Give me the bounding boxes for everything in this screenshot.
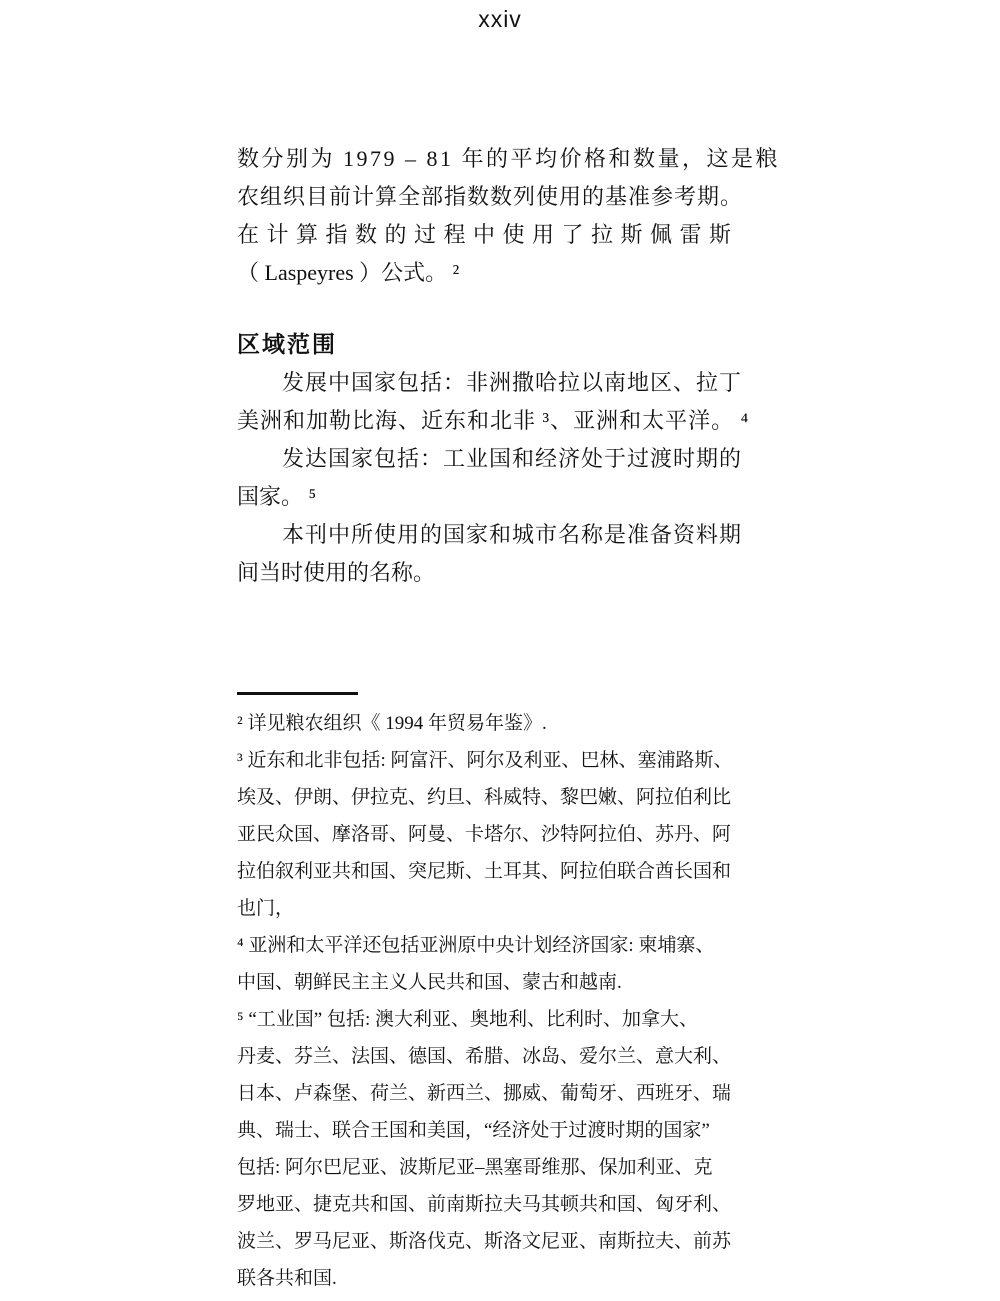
page-content: 数分别为 1979 – 81 年的平均价格和数量，这是粮 农组织目前计算全部指数… (237, 140, 733, 1297)
footnote-line: 拉伯叙利亚共和国、突尼斯、土耳其、阿拉伯联合酋长国和 (237, 853, 733, 890)
intro-line-3: 在计算指数的过程中使用了拉斯佩雷斯 (237, 216, 733, 254)
intro-paragraph: 数分别为 1979 – 81 年的平均价格和数量，这是粮 农组织目前计算全部指数… (237, 140, 733, 292)
footnote-line: ³ 近东和北非包括: 阿富汗、阿尔及利亚、巴林、塞浦路斯、 (237, 742, 733, 779)
footnote-line: 中国、朝鲜民主主义人民共和国、蒙古和越南. (237, 964, 733, 1001)
footnote-line: 埃及、伊朗、伊拉克、约旦、科威特、黎巴嫩、阿拉伯利比 (237, 779, 733, 816)
intro-line-2: 农组织目前计算全部指数数列使用的基准参考期。 (237, 178, 733, 216)
paragraph-line: 国家。 ⁵ (237, 478, 733, 516)
footnote-line: 典、瑞士、联合王国和美国，“经济处于过渡时期的国家” (237, 1112, 733, 1149)
footnote-4: ⁴ 亚洲和太平洋还包括亚洲原中央计划经济国家: 柬埔寨、 中国、朝鲜民主主义人民… (237, 927, 733, 1001)
page-number: xxiv (0, 6, 1000, 33)
section-heading-regional-coverage: 区域范围 (237, 326, 733, 364)
footnote-line: ⁵ “工业国” 包括: 澳大利亚、奥地利、比利时、加拿大、 (237, 1001, 733, 1038)
footnote-3: ³ 近东和北非包括: 阿富汗、阿尔及利亚、巴林、塞浦路斯、 埃及、伊朗、伊拉克、… (237, 742, 733, 927)
paragraph-line: 间当时使用的名称。 (237, 554, 733, 592)
footnote-line: 丹麦、芬兰、法国、德国、希腊、冰岛、爱尔兰、意大利、 (237, 1038, 733, 1075)
intro-line-4: （ Laspeyres ）公式。 ² (237, 254, 733, 292)
paragraph-country-names: 本刊中所使用的国家和城市名称是准备资料期 间当时使用的名称。 (237, 516, 733, 592)
paragraph-developing-countries: 发展中国家包括：非洲撒哈拉以南地区、拉丁 美洲和加勒比海、近东和北非 ³、亚洲和… (237, 364, 733, 440)
footnote-line: 罗地亚、捷克共和国、前南斯拉夫马其顿共和国、匈牙利、 (237, 1186, 733, 1223)
footnote-line: 包括: 阿尔巴尼亚、波斯尼亚–黑塞哥维那、保加利亚、克 (237, 1149, 733, 1186)
paragraph-line: 发达国家包括：工业国和经济处于过渡时期的 (237, 440, 733, 478)
paragraph-developed-countries: 发达国家包括：工业国和经济处于过渡时期的 国家。 ⁵ (237, 440, 733, 516)
paragraph-line: 本刊中所使用的国家和城市名称是准备资料期 (237, 516, 733, 554)
paragraph-line: 美洲和加勒比海、近东和北非 ³、亚洲和太平洋。 ⁴ (237, 402, 733, 440)
footnote-line: 日本、卢森堡、荷兰、新西兰、挪威、葡萄牙、西班牙、瑞 (237, 1075, 733, 1112)
footnote-line: 联各共和国. (237, 1260, 733, 1297)
footnote-line: 亚民众国、摩洛哥、阿曼、卡塔尔、沙特阿拉伯、苏丹、阿 (237, 816, 733, 853)
footnote-line: ⁴ 亚洲和太平洋还包括亚洲原中央计划经济国家: 柬埔寨、 (237, 927, 733, 964)
footnote-line: 也门， (237, 890, 733, 927)
document-page: xxiv 数分别为 1979 – 81 年的平均价格和数量，这是粮 农组织目前计… (0, 0, 1000, 1301)
footnotes-block: ² 详见粮农组织《 1994 年贸易年鉴》. ³ 近东和北非包括: 阿富汗、阿尔… (237, 695, 733, 1297)
intro-line-1: 数分别为 1979 – 81 年的平均价格和数量，这是粮 (237, 140, 733, 178)
footnote-2: ² 详见粮农组织《 1994 年贸易年鉴》. (237, 705, 733, 742)
paragraph-line: 发展中国家包括：非洲撒哈拉以南地区、拉丁 (237, 364, 733, 402)
footnote-5: ⁵ “工业国” 包括: 澳大利亚、奥地利、比利时、加拿大、 丹麦、芬兰、法国、德… (237, 1001, 733, 1297)
footnote-line: ² 详见粮农组织《 1994 年贸易年鉴》. (237, 705, 733, 742)
footnote-line: 波兰、罗马尼亚、斯洛伐克、斯洛文尼亚、南斯拉夫、前苏 (237, 1223, 733, 1260)
